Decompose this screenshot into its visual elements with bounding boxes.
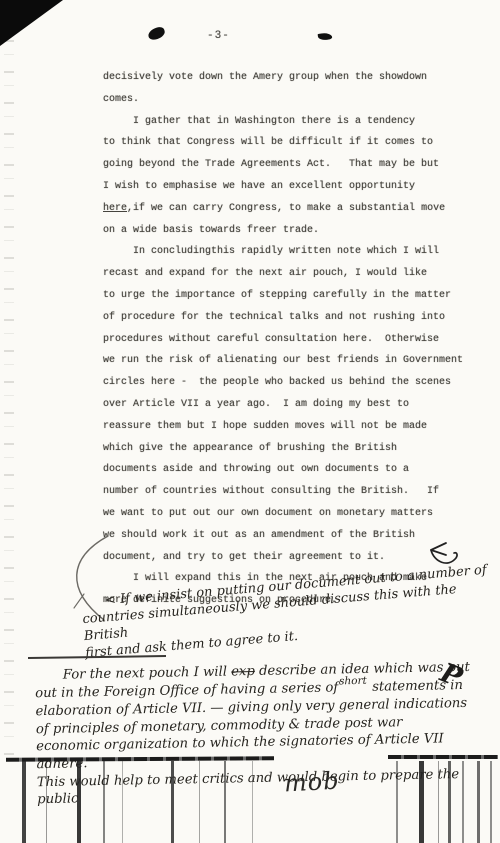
typed-line: In concludingthis rapidly written note w… <box>103 241 469 263</box>
scan-streak <box>462 761 464 843</box>
typed-line: we run the risk of alienating our best f… <box>103 350 469 372</box>
struck-word: exp <box>231 664 255 679</box>
scanned-letter-page: -3- decisively vote down the Amery group… <box>0 0 500 843</box>
scan-streak <box>477 761 480 843</box>
scan-streak <box>22 761 26 843</box>
scan-streak <box>77 761 81 843</box>
typed-line: going beyond the Trade Agreements Act. T… <box>103 154 469 176</box>
typed-line: of procedure for the technical talks and… <box>103 307 469 329</box>
ink-blob <box>147 26 167 42</box>
typed-line-rest: ,if we can carry Congress, to make a sub… <box>127 203 445 214</box>
typed-line: reassure them but I hope sudden moves wi… <box>103 416 469 438</box>
typed-line: decisively vote down the Amery group whe… <box>103 67 469 89</box>
typed-line: comes. <box>103 89 469 111</box>
underlined-word: here <box>103 203 127 214</box>
scan-edge-noise <box>4 40 14 760</box>
scan-streak <box>396 761 398 843</box>
scan-streak <box>46 761 47 843</box>
typed-line: to think that Congress will be difficult… <box>103 132 469 154</box>
handwritten-initials: mob <box>283 767 340 798</box>
typed-letter-body: decisively vote down the Amery group whe… <box>103 67 469 612</box>
torn-edge-line <box>388 755 498 759</box>
typed-line: circles here - the people who backed us … <box>103 372 469 394</box>
page-fold-corner <box>0 0 63 46</box>
typed-line: I wish to emphasise we have an excellent… <box>103 176 469 198</box>
typed-line: to urge the importance of stepping caref… <box>103 285 469 307</box>
scan-streak <box>448 761 451 843</box>
inserted-word: short <box>339 674 367 687</box>
typed-line: we want to put out our own document on m… <box>103 503 469 525</box>
typed-line: over Article VII a year ago. I am doing … <box>103 394 469 416</box>
typed-line: number of countries without consulting t… <box>103 481 469 503</box>
typed-line: I gather that in Washington there is a t… <box>103 111 469 133</box>
typed-line: on a wide basis towards freer trade. <box>103 220 469 242</box>
typed-line: procedures without careful consultation … <box>103 329 469 351</box>
typed-line: which give the appearance of brushing th… <box>103 438 469 460</box>
handwritten-pouch-note: For the next pouch I will exp describe a… <box>35 659 476 809</box>
scan-streak <box>224 761 226 843</box>
page-number: -3- <box>207 30 230 42</box>
scan-streak <box>171 761 174 843</box>
scan-streak <box>490 761 492 843</box>
scan-streak <box>199 761 200 843</box>
scan-streak <box>103 761 105 843</box>
typed-line: here,if we can carry Congress, to make a… <box>103 198 469 220</box>
scan-streak <box>419 761 424 843</box>
typed-line: recast and expand for the next air pouch… <box>103 263 469 285</box>
scan-streak <box>122 761 123 843</box>
scan-streak <box>438 761 439 843</box>
ink-blob <box>318 32 333 41</box>
hand-text: For the next pouch I will <box>63 664 232 682</box>
typed-line: documents aside and throwing out own doc… <box>103 459 469 481</box>
scan-streak <box>252 761 253 843</box>
